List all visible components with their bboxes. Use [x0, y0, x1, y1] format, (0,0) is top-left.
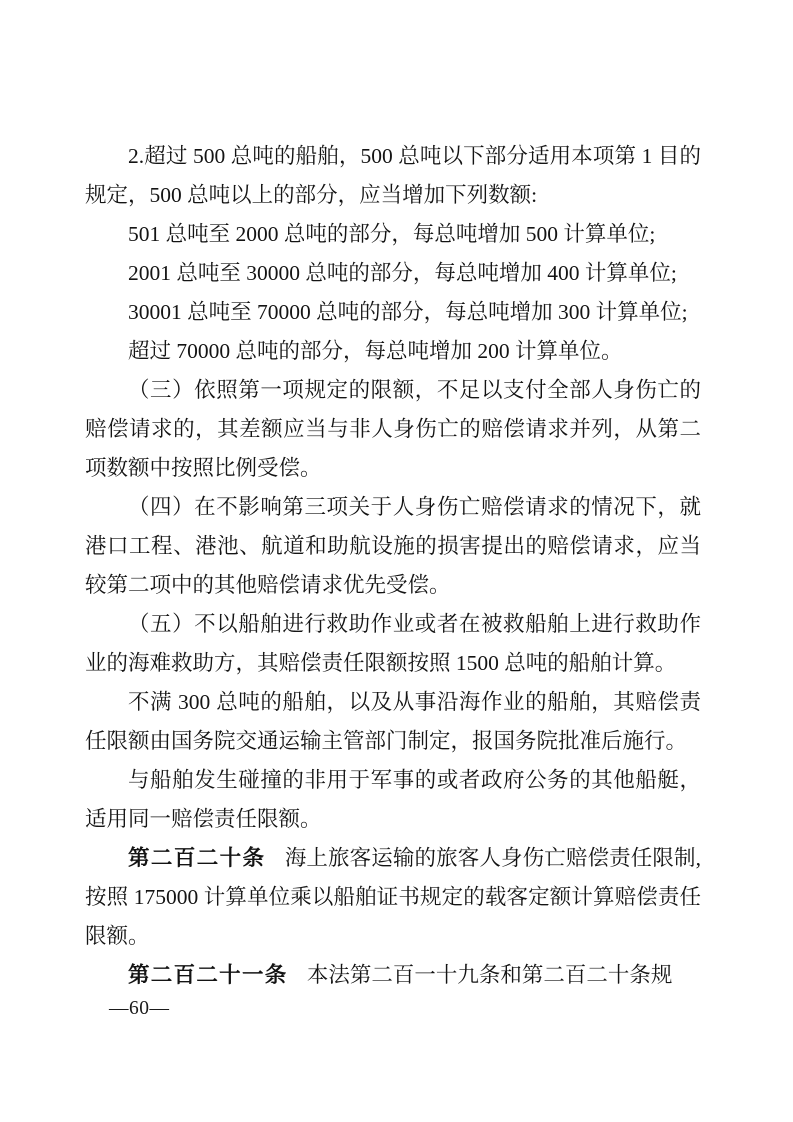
article-221-text: 本法第二百一十九条和第二百二十条规 — [307, 963, 673, 987]
paragraph-tier-501-2000: 501 总吨至 2000 总吨的部分，每总吨增加 500 计算单位; — [85, 215, 701, 254]
paragraph-article-221: 第二百二十一条本法第二百一十九条和第二百二十条规 — [85, 956, 701, 995]
paragraph-tier-2001-30000: 2001 总吨至 30000 总吨的部分，每总吨增加 400 计算单位; — [85, 254, 701, 293]
paragraph-tier-30001-70000: 30001 总吨至 70000 总吨的部分，每总吨增加 300 计算单位; — [85, 293, 701, 332]
document-page: 2.超过 500 总吨的船舶，500 总吨以下部分适用本项第 1 目的规定，50… — [0, 0, 793, 1122]
document-body: 2.超过 500 总吨的船舶，500 总吨以下部分适用本项第 1 目的规定，50… — [85, 137, 701, 995]
page-number: —60— — [109, 997, 170, 1021]
article-220-number: 第二百二十条 — [128, 846, 265, 870]
paragraph-tier-over-70000: 超过 70000 总吨的部分，每总吨增加 200 计算单位。 — [85, 332, 701, 371]
paragraph-under-300-tons: 不满 300 总吨的船舶，以及从事沿海作业的船舶，其赔偿责任限额由国务院交通运输… — [85, 683, 701, 761]
paragraph-item-five: （五）不以船舶进行救助作业或者在被救船舶上进行救助作业的海难救助方，其赔偿责任限… — [85, 605, 701, 683]
article-221-number: 第二百二十一条 — [128, 963, 288, 987]
paragraph-tonnage-intro: 2.超过 500 总吨的船舶，500 总吨以下部分适用本项第 1 目的规定，50… — [85, 137, 701, 215]
paragraph-collision-vessels: 与船舶发生碰撞的非用于军事的或者政府公务的其他船艇，适用同一赔偿责任限额。 — [85, 761, 701, 839]
paragraph-item-four: （四）在不影响第三项关于人身伤亡赔偿请求的情况下，就港口工程、港池、航道和助航设… — [85, 488, 701, 605]
paragraph-item-three: （三）依照第一项规定的限额，不足以支付全部人身伤亡的赔偿请求的，其差额应当与非人… — [85, 371, 701, 488]
paragraph-article-220: 第二百二十条海上旅客运输的旅客人身伤亡赔偿责任限制,按照 175000 计算单位… — [85, 839, 701, 956]
